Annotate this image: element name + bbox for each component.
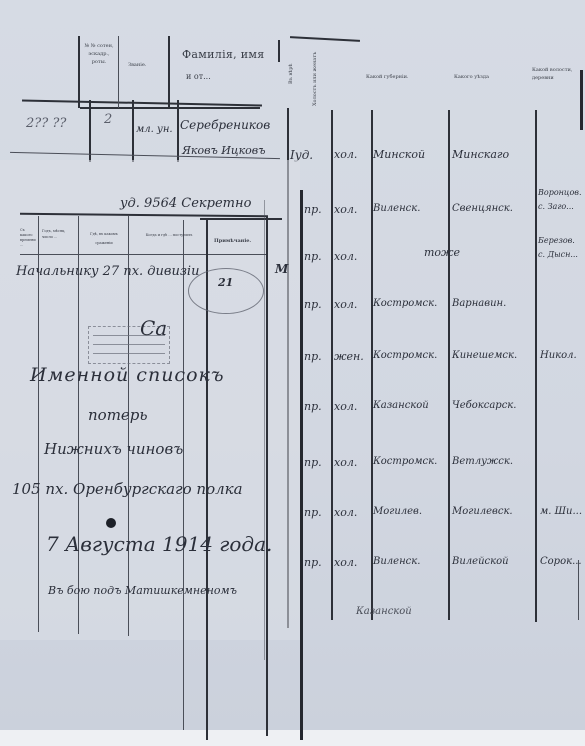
stamp-number: 21 xyxy=(218,276,233,289)
addressee-line: Начальнику 27 пх. дивизіи xyxy=(16,264,199,279)
row-province: Костромск. xyxy=(373,298,437,309)
sheet-edge-line xyxy=(300,190,303,740)
row-province: Казанской xyxy=(356,606,412,617)
col-line-marital xyxy=(331,110,333,620)
row-province: Виленск. xyxy=(373,556,420,567)
col-line-province xyxy=(371,110,373,620)
row-faith: пр. xyxy=(304,400,322,413)
row-district: Чебоксарск. xyxy=(452,400,516,411)
row-province: Костромск. xyxy=(373,456,437,467)
header-col-name-2: и от... xyxy=(186,72,211,81)
front-col-divider xyxy=(183,220,184,730)
row-divider xyxy=(89,100,91,162)
col-divider xyxy=(278,40,280,62)
side-mark: М xyxy=(275,262,288,276)
row1-district: Минскаго xyxy=(452,148,509,161)
row-marital: хол. xyxy=(334,298,357,311)
row-district: Ветлужск. xyxy=(452,456,513,467)
row-village: Сорок... xyxy=(540,556,582,567)
col-divider xyxy=(118,36,119,108)
front-header-2: Годъ, мѣсяц, число ... xyxy=(42,228,76,240)
row-faith: пр. xyxy=(304,250,322,263)
row-faith: пр. xyxy=(304,506,322,519)
title-line-1: Именной списокъ xyxy=(30,364,225,386)
row-marital: хол. xyxy=(334,250,357,263)
row-province: Казанской xyxy=(373,400,429,411)
row-province: Виленск. xyxy=(373,203,420,214)
row-district: Кинешемск. xyxy=(452,350,517,361)
front-header-rule xyxy=(20,254,268,255)
initial-mark: Са xyxy=(140,316,167,340)
header-rule xyxy=(80,107,260,109)
row-village: Березов. с. Дысн... xyxy=(538,234,584,262)
ink-dot xyxy=(106,518,116,528)
row1-number: 2?? ?? xyxy=(26,116,66,131)
top-annotation: уд. 9564 Секретно xyxy=(120,196,251,211)
front-header-5: Примѣчаніе. xyxy=(214,238,251,244)
front-col-divider xyxy=(128,216,129,636)
front-fold xyxy=(264,200,265,660)
title-line-6: Въ бою подъ Матишкемненомъ xyxy=(48,584,237,597)
title-line-2: потерь xyxy=(88,406,148,424)
row-district: тоже xyxy=(424,246,460,259)
title-line-4: 105 пх. Оренбургскаго полка xyxy=(12,480,243,498)
row-marital: жен. xyxy=(334,350,364,363)
row1-province: Минской xyxy=(373,148,425,161)
front-right-border xyxy=(266,216,268,736)
title-line-3: Нижнихъ чиновъ xyxy=(44,440,183,458)
header-col-province: Какой губерніи. xyxy=(366,74,409,80)
row-marital: хол. xyxy=(334,456,357,469)
page-bottom-margin xyxy=(0,730,585,746)
row-province: Могилев. xyxy=(373,506,422,517)
col-line-district xyxy=(448,110,450,620)
title-line-5: 7 Августа 1914 года. xyxy=(46,532,272,556)
row-district: Вилейской xyxy=(452,556,509,567)
col-divider xyxy=(168,36,170,108)
row-province: Костромск. xyxy=(373,350,437,361)
header-col-marital: Холостъ или женатъ xyxy=(312,52,318,106)
annotation-underline xyxy=(200,218,282,220)
row-divider xyxy=(132,100,134,162)
row-faith: пр. xyxy=(304,556,322,569)
row-district: Свенцянск. xyxy=(452,203,513,214)
row-marital: хол. xyxy=(334,506,357,519)
row1-name-line1: Серебреников xyxy=(180,118,270,132)
row-marital: хол. xyxy=(334,400,357,413)
row-faith: пр. xyxy=(304,456,322,469)
col-line-edge xyxy=(578,560,579,620)
row-village: Никол. xyxy=(540,350,577,361)
row1-marital: хол. xyxy=(334,148,357,161)
row-marital: хол. xyxy=(334,203,357,216)
col-line-village xyxy=(535,110,537,622)
row-marital: хол. xyxy=(334,556,357,569)
header-col-name: Фамилія, имя xyxy=(182,48,264,61)
header-col-rank: Званіе. xyxy=(128,62,146,68)
header-col-village: Какой волости, деревни xyxy=(532,66,576,82)
front-header-4: Когда и гдѣ ... поступилъ xyxy=(134,228,204,242)
row1-squad: 2 xyxy=(104,112,112,127)
header-col-faith: Въ вѣрѣ xyxy=(288,64,294,85)
col-divider xyxy=(78,36,80,108)
row1-rank: мл. ун. xyxy=(136,124,173,135)
row1-name-line2: Яковъ Ицковъ xyxy=(182,144,266,157)
row-divider xyxy=(177,100,179,162)
front-header-1: Съ какого времени ... xyxy=(20,228,38,248)
row-faith: пр. xyxy=(304,350,322,363)
row-village: Воронцов. с. Заго... xyxy=(538,186,584,214)
row-village: м. Ши... xyxy=(540,506,582,517)
row-district: Могилевск. xyxy=(452,506,513,517)
header-col-number: № № сотен, эскадр., роты. xyxy=(82,42,116,66)
row-faith: пр. xyxy=(304,203,322,216)
header-col-district: Какого уѣзда xyxy=(454,74,489,80)
front-header-3: Гдѣ, въ какомъ сраженіи xyxy=(84,230,124,248)
binding-edge xyxy=(580,70,583,130)
row-faith: пр. xyxy=(304,298,322,311)
row-district: Варнавин. xyxy=(452,298,506,309)
